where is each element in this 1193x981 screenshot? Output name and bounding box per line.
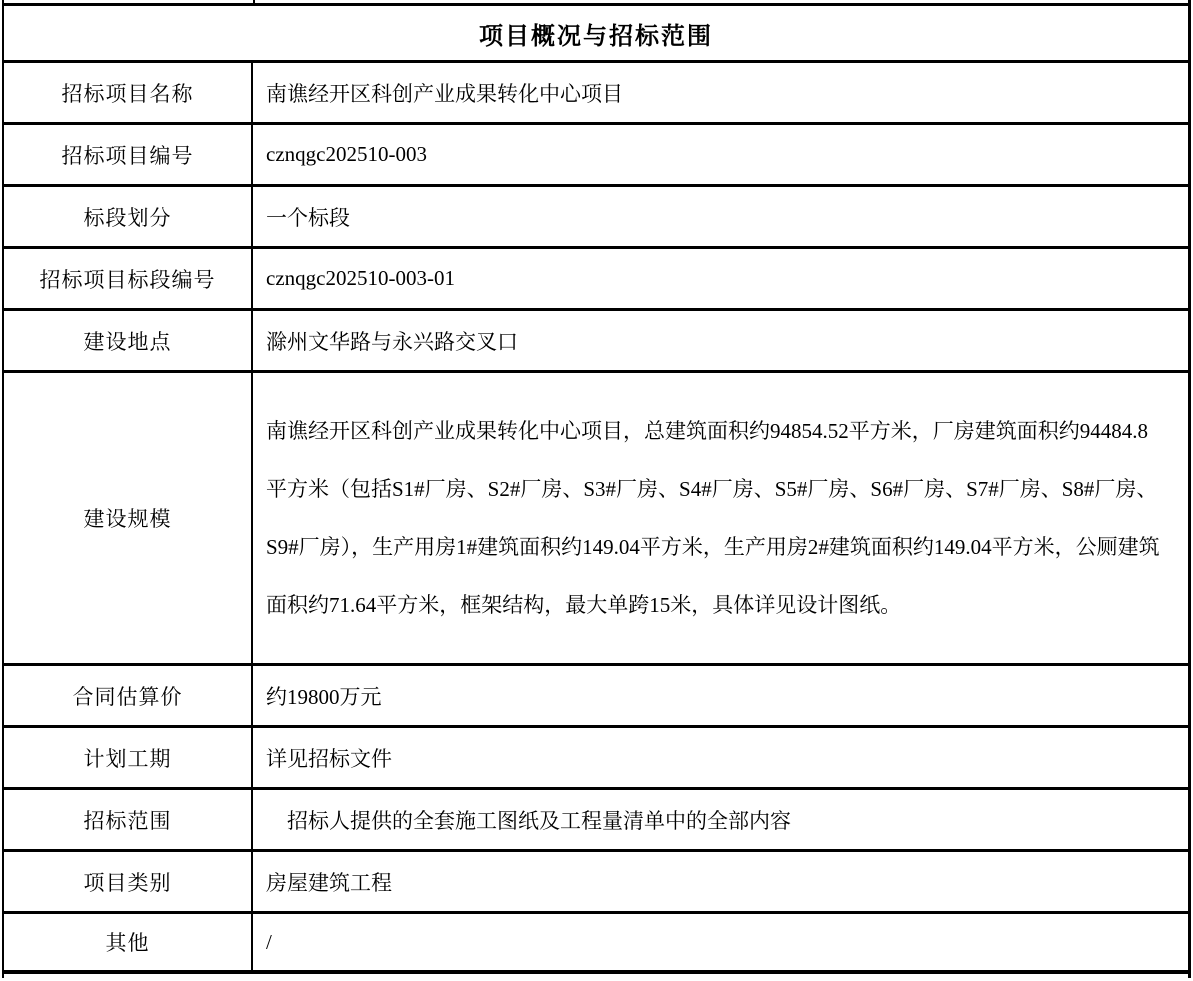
table-row: 计划工期 详见招标文件: [4, 728, 1188, 790]
column-divider-stub: [253, 0, 255, 3]
table-row: 其他 /: [4, 914, 1188, 974]
row-label: 招标范围: [4, 790, 253, 849]
row-value: 招标人提供的全套施工图纸及工程量清单中的全部内容: [266, 805, 791, 835]
row-label: 计划工期: [4, 728, 253, 787]
row-label: 项目类别: [4, 852, 253, 911]
table-row: 招标范围 招标人提供的全套施工图纸及工程量清单中的全部内容: [4, 790, 1188, 852]
row-label: 其他: [4, 914, 253, 970]
project-overview-table: 项目概况与招标范围 招标项目名称 南谯经开区科创产业成果转化中心项目 招标项目编…: [2, 0, 1191, 978]
table-row: 招标项目标段编号 cznqgc202510-003-01: [4, 249, 1188, 311]
row-value: /: [266, 930, 272, 955]
table-row: 项目类别 房屋建筑工程: [4, 852, 1188, 914]
row-label: 合同估算价: [4, 666, 253, 725]
table-title: 项目概况与招标范围: [4, 3, 1188, 63]
row-value: 一个标段: [266, 202, 350, 232]
row-value: 详见招标文件: [266, 743, 392, 773]
row-value: 房屋建筑工程: [266, 867, 392, 897]
table-row: 合同估算价 约19800万元: [4, 666, 1188, 728]
cutoff-next-row: [4, 974, 1188, 978]
table-row-construction-scale: 建设规模 南谯经开区科创产业成果转化中心项目，总建筑面积约94854.52平方米…: [4, 373, 1188, 666]
row-value: 滁州文华路与永兴路交叉口: [266, 326, 518, 356]
cutoff-previous-row: [4, 0, 1188, 3]
row-value: 南谯经开区科创产业成果转化中心项目: [266, 78, 623, 108]
row-label: 招标项目名称: [4, 63, 253, 122]
table-row: 标段划分 一个标段: [4, 187, 1188, 249]
row-value: cznqgc202510-003: [266, 142, 427, 167]
row-value: 约19800万元: [266, 681, 382, 711]
row-label: 招标项目标段编号: [4, 249, 253, 308]
table-row: 招标项目名称 南谯经开区科创产业成果转化中心项目: [4, 63, 1188, 125]
table-row: 建设地点 滁州文华路与永兴路交叉口: [4, 311, 1188, 373]
row-label: 建设地点: [4, 311, 253, 370]
row-value: 南谯经开区科创产业成果转化中心项目，总建筑面积约94854.52平方米，厂房建筑…: [266, 402, 1166, 634]
row-label: 招标项目编号: [4, 125, 253, 184]
row-label: 标段划分: [4, 187, 253, 246]
row-value: cznqgc202510-003-01: [266, 266, 455, 291]
table-row: 招标项目编号 cznqgc202510-003: [4, 125, 1188, 187]
row-label: 建设规模: [4, 373, 253, 663]
